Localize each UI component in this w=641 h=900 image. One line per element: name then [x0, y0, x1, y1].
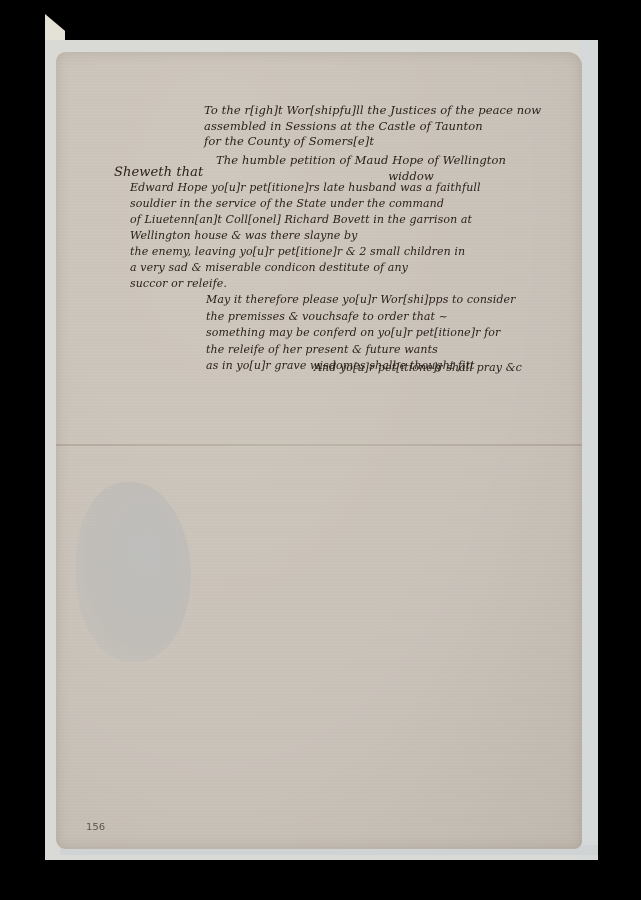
- sheweth-heading: Sheweth that: [114, 165, 203, 181]
- mount-right-edge: [580, 40, 598, 860]
- petition-title-line: The humble petition of Maud Hope of Well…: [216, 153, 506, 169]
- body-line: of Liuetenn[an]t Coll[onel] Richard Bove…: [130, 212, 481, 228]
- address-line: To the r[igh]t Wor[shipfu]ll the Justice…: [204, 103, 541, 119]
- address-block: To the r[igh]t Wor[shipfu]ll the Justice…: [204, 103, 541, 150]
- prayer-line: May it therefore please yo[u]r Wor[shi]p…: [206, 292, 516, 309]
- fold-line: [56, 444, 582, 446]
- closing-line: And yo[u]r pet[itione]r shall pray &c: [314, 360, 522, 376]
- address-line: for the County of Somers[e]t: [204, 134, 541, 150]
- prayer-line: the releife of her present & future want…: [206, 342, 516, 359]
- body-line: a very sad & miserable condicon destitut…: [130, 260, 481, 276]
- prayer-line: something may be conferd on yo[u]r pet[i…: [206, 325, 516, 342]
- body-line: Wellington house & was there slayne by: [130, 228, 481, 244]
- body-line: Edward Hope yo[u]r pet[itione]rs late hu…: [130, 180, 481, 196]
- prayer-line: the premisses & vouchsafe to order that …: [206, 309, 516, 326]
- body-line: succor or releife.: [130, 276, 481, 292]
- body-line: the enemy, leaving yo[u]r pet[itione]r &…: [130, 244, 481, 260]
- document-viewer: To the r[igh]t Wor[shipfu]ll the Justice…: [0, 0, 641, 900]
- folio-number: 156: [86, 822, 105, 833]
- body-line: souldier in the service of the State und…: [130, 196, 481, 212]
- petition-body: Edward Hope yo[u]r pet[itione]rs late hu…: [130, 180, 481, 292]
- address-line: assembled in Sessions at the Castle of T…: [204, 119, 541, 135]
- water-stain: [76, 482, 191, 662]
- manuscript-sheet: To the r[igh]t Wor[shipfu]ll the Justice…: [56, 52, 582, 849]
